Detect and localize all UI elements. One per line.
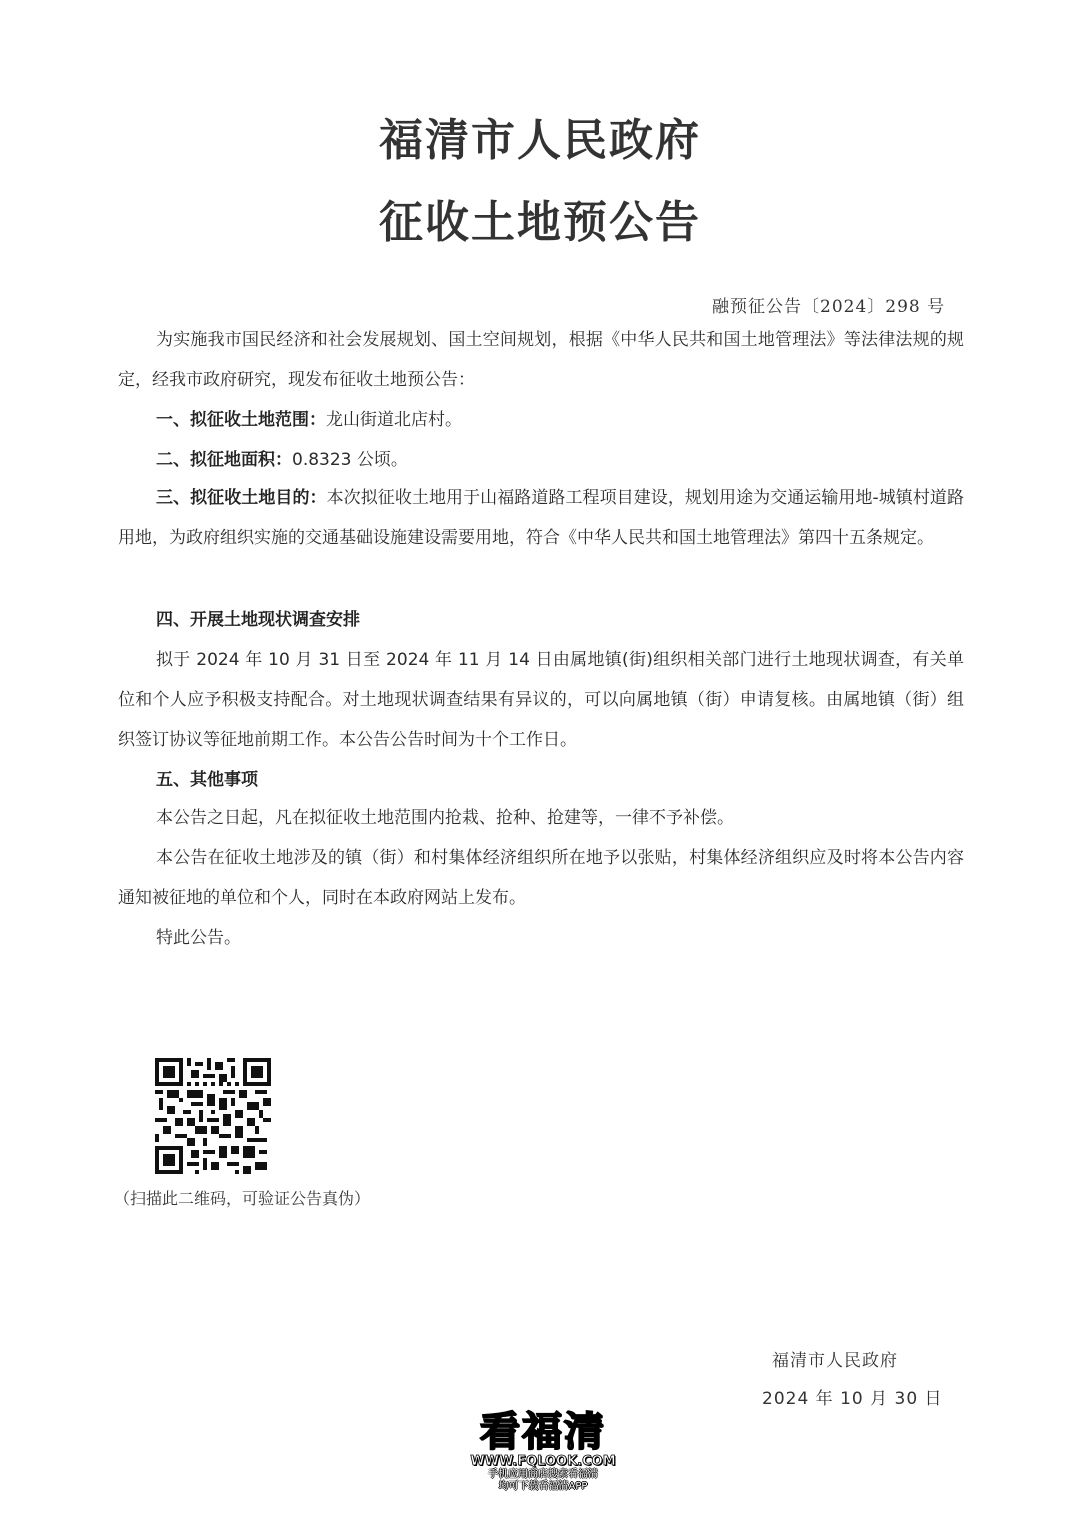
document-number: 融预征公告〔2024〕298 号: [712, 292, 945, 317]
section2-label: 二、拟征地面积：: [156, 450, 292, 470]
section4-heading: 四、开展土地现状调查安排: [118, 600, 964, 640]
watermark: 看福清 WWW.FQLOOK.COM 手机应用商店搜索看福清 均可下载看福清AP…: [468, 1410, 618, 1493]
qr-code-icon: [154, 1058, 272, 1174]
qr-caption: （扫描此二维码，可验证公告真伪）: [114, 1186, 370, 1209]
intro-paragraph: 为实施我市国民经济和社会发展规划、国土空间规划，根据《中华人民共和国土地管理法》…: [118, 320, 964, 400]
section1-value: 龙山街道北店村。: [326, 410, 462, 430]
section1: 一、拟征收土地范围：龙山街道北店村。: [118, 400, 964, 440]
section2-value: 0.8323 公顷。: [292, 450, 408, 470]
watermark-line2: 均可下载看福清APP: [468, 1481, 618, 1493]
section4-text: 拟于 2024 年 10 月 31 日至 2024 年 11 月 14 日由属地…: [118, 640, 964, 760]
intro-line1: 为实施我市国民经济和社会发展规划、国土空间规划，根据《中华人民共和国土地管理法》…: [156, 330, 861, 350]
closing-text: 特此公告。: [118, 918, 964, 958]
watermark-url: WWW.FQLOOK.COM: [468, 1454, 618, 1469]
document-title-line2: 征收土地预公告: [0, 186, 1080, 250]
watermark-logo: 看福清: [468, 1410, 618, 1454]
signature-date: 2024 年 10 月 30 日: [762, 1384, 943, 1409]
signature-organization: 福清市人民政府: [772, 1346, 898, 1371]
section1-label: 一、拟征收土地范围：: [156, 410, 326, 430]
section5-heading: 五、其他事项: [118, 760, 964, 800]
section5-text1: 本公告之日起，凡在拟征收土地范围内抢栽、抢种、抢建等，一律不予补偿。: [118, 798, 964, 838]
section5-text2: 本公告在征收土地涉及的镇（街）和村集体经济组织所在地予以张贴，村集体经济组织应及…: [118, 838, 964, 918]
document-title-line1: 福清市人民政府: [0, 104, 1080, 168]
section2: 二、拟征地面积：0.8323 公顷。: [118, 440, 964, 480]
section3: 三、拟征收土地目的：本次拟征收土地用于山福路道路工程项目建设，规划用途为交通运输…: [118, 478, 964, 558]
watermark-line1: 手机应用商店搜索看福清: [468, 1469, 618, 1481]
section3-label: 三、拟征收土地目的：: [156, 488, 327, 508]
